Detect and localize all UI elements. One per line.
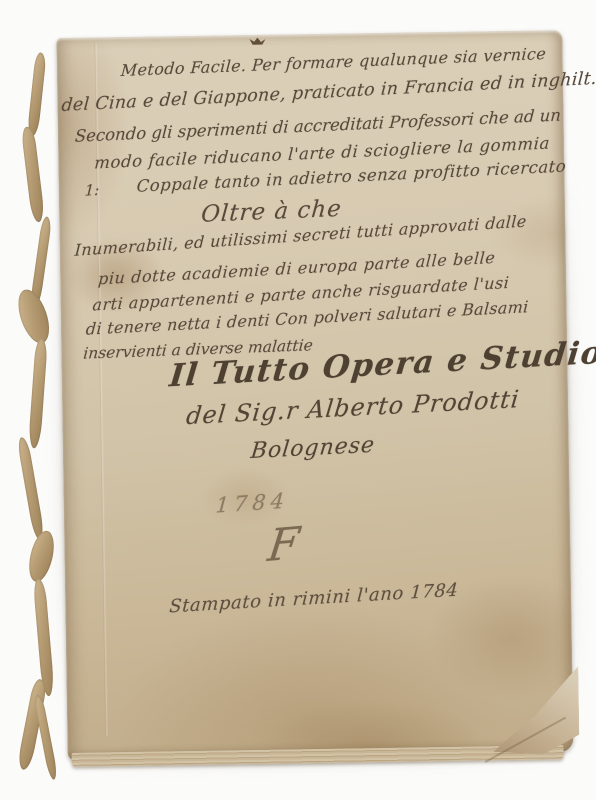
binding-rope-tassel	[33, 694, 58, 780]
binding-rope-strand	[21, 126, 45, 223]
flourish-initial: F	[265, 518, 302, 572]
binding-rope-strand	[17, 436, 46, 540]
margin-number-mark: 1:	[84, 181, 100, 200]
binding-rope-strand	[27, 52, 47, 137]
binding-rope-strand	[28, 338, 48, 449]
binding-rope-knot	[25, 528, 58, 584]
binding-rope-strand	[33, 578, 55, 697]
year-inscription: 1784	[215, 488, 290, 517]
manuscript-book-cover: Metodo Facile. Per formare qualunque sia…	[56, 30, 573, 760]
binding-rope-knot	[12, 286, 55, 347]
photo-of-manuscript: { "manuscript": { "margin_mark": "1:", "…	[0, 0, 596, 800]
